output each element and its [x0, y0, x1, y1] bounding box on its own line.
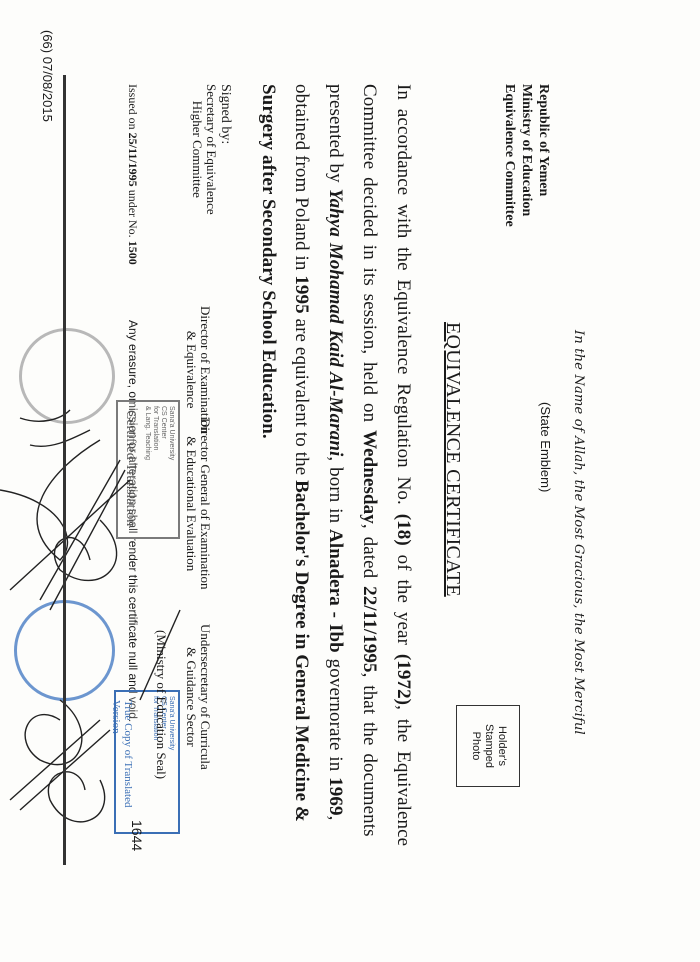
footer-reference: (66) 07/08/2015 [40, 30, 55, 122]
signed-by-label: Signed by: [218, 84, 232, 144]
header-line-ministry: Ministry of Education [518, 84, 535, 227]
body-line-1: In accordance with the Equivalence Regul… [392, 84, 414, 846]
issuer-header: Republic of Yemen Ministry of Education … [501, 84, 552, 227]
signature-scribbles [0, 0, 700, 962]
header-line-committee: Equivalence Committee [501, 84, 518, 227]
issued-on: Issued on 25/11/1995 under No. 1500 [125, 84, 140, 265]
state-emblem-placeholder: (State Emblem) [538, 402, 553, 492]
body-line-4: obtained from Poland in 1995 are equival… [290, 84, 312, 822]
bismillah-line: In the Name of Allah, the Most Gracious,… [571, 330, 586, 735]
certificate-document: In the Name of Allah, the Most Gracious,… [0, 0, 700, 962]
signatory-undersecretary: Undersecretary of Curricula & Guidance S… [184, 624, 212, 770]
signatory-secretary: Secretary of Equivalence Higher Committe… [190, 84, 218, 215]
signatory-director-general: Director General of Examination & Educat… [184, 418, 212, 589]
body-line-3: presented by Yahya Mohamad Kaid Al-Maran… [324, 84, 346, 820]
certificate-title: EQUIVALENCE CERTIFICATE [441, 322, 464, 597]
body-line-5: Surgery after Secondary School Education… [257, 84, 279, 439]
ministry-seal-note: (Ministry of Education Seal) [153, 630, 169, 779]
photo-box: Holder's Stamped Photo [456, 705, 520, 787]
body-line-2: Committee decided in its session, held o… [358, 84, 380, 837]
header-line-republic: Republic of Yemen [535, 84, 552, 227]
scanned-page: In the Name of Allah, the Most Gracious,… [0, 0, 700, 962]
margin-line [63, 75, 66, 865]
true-copy-stamp: Sana'a University CS Center for Translat… [114, 690, 180, 834]
photo-label-1: Holder's [495, 706, 508, 786]
photo-label-3: Photo [469, 706, 482, 786]
signatory-director-exam: Director of Examination & Equivalence [184, 306, 212, 433]
translator-stamp: Sana'a University CS Center for Translat… [116, 400, 180, 539]
serial-number: 1644 [129, 820, 145, 851]
holder-name: Yahya Mohamad Kaid Al-Marani [325, 189, 346, 457]
photo-label-2: Stamped [482, 706, 495, 786]
community-service-stamp-gray [19, 328, 115, 424]
